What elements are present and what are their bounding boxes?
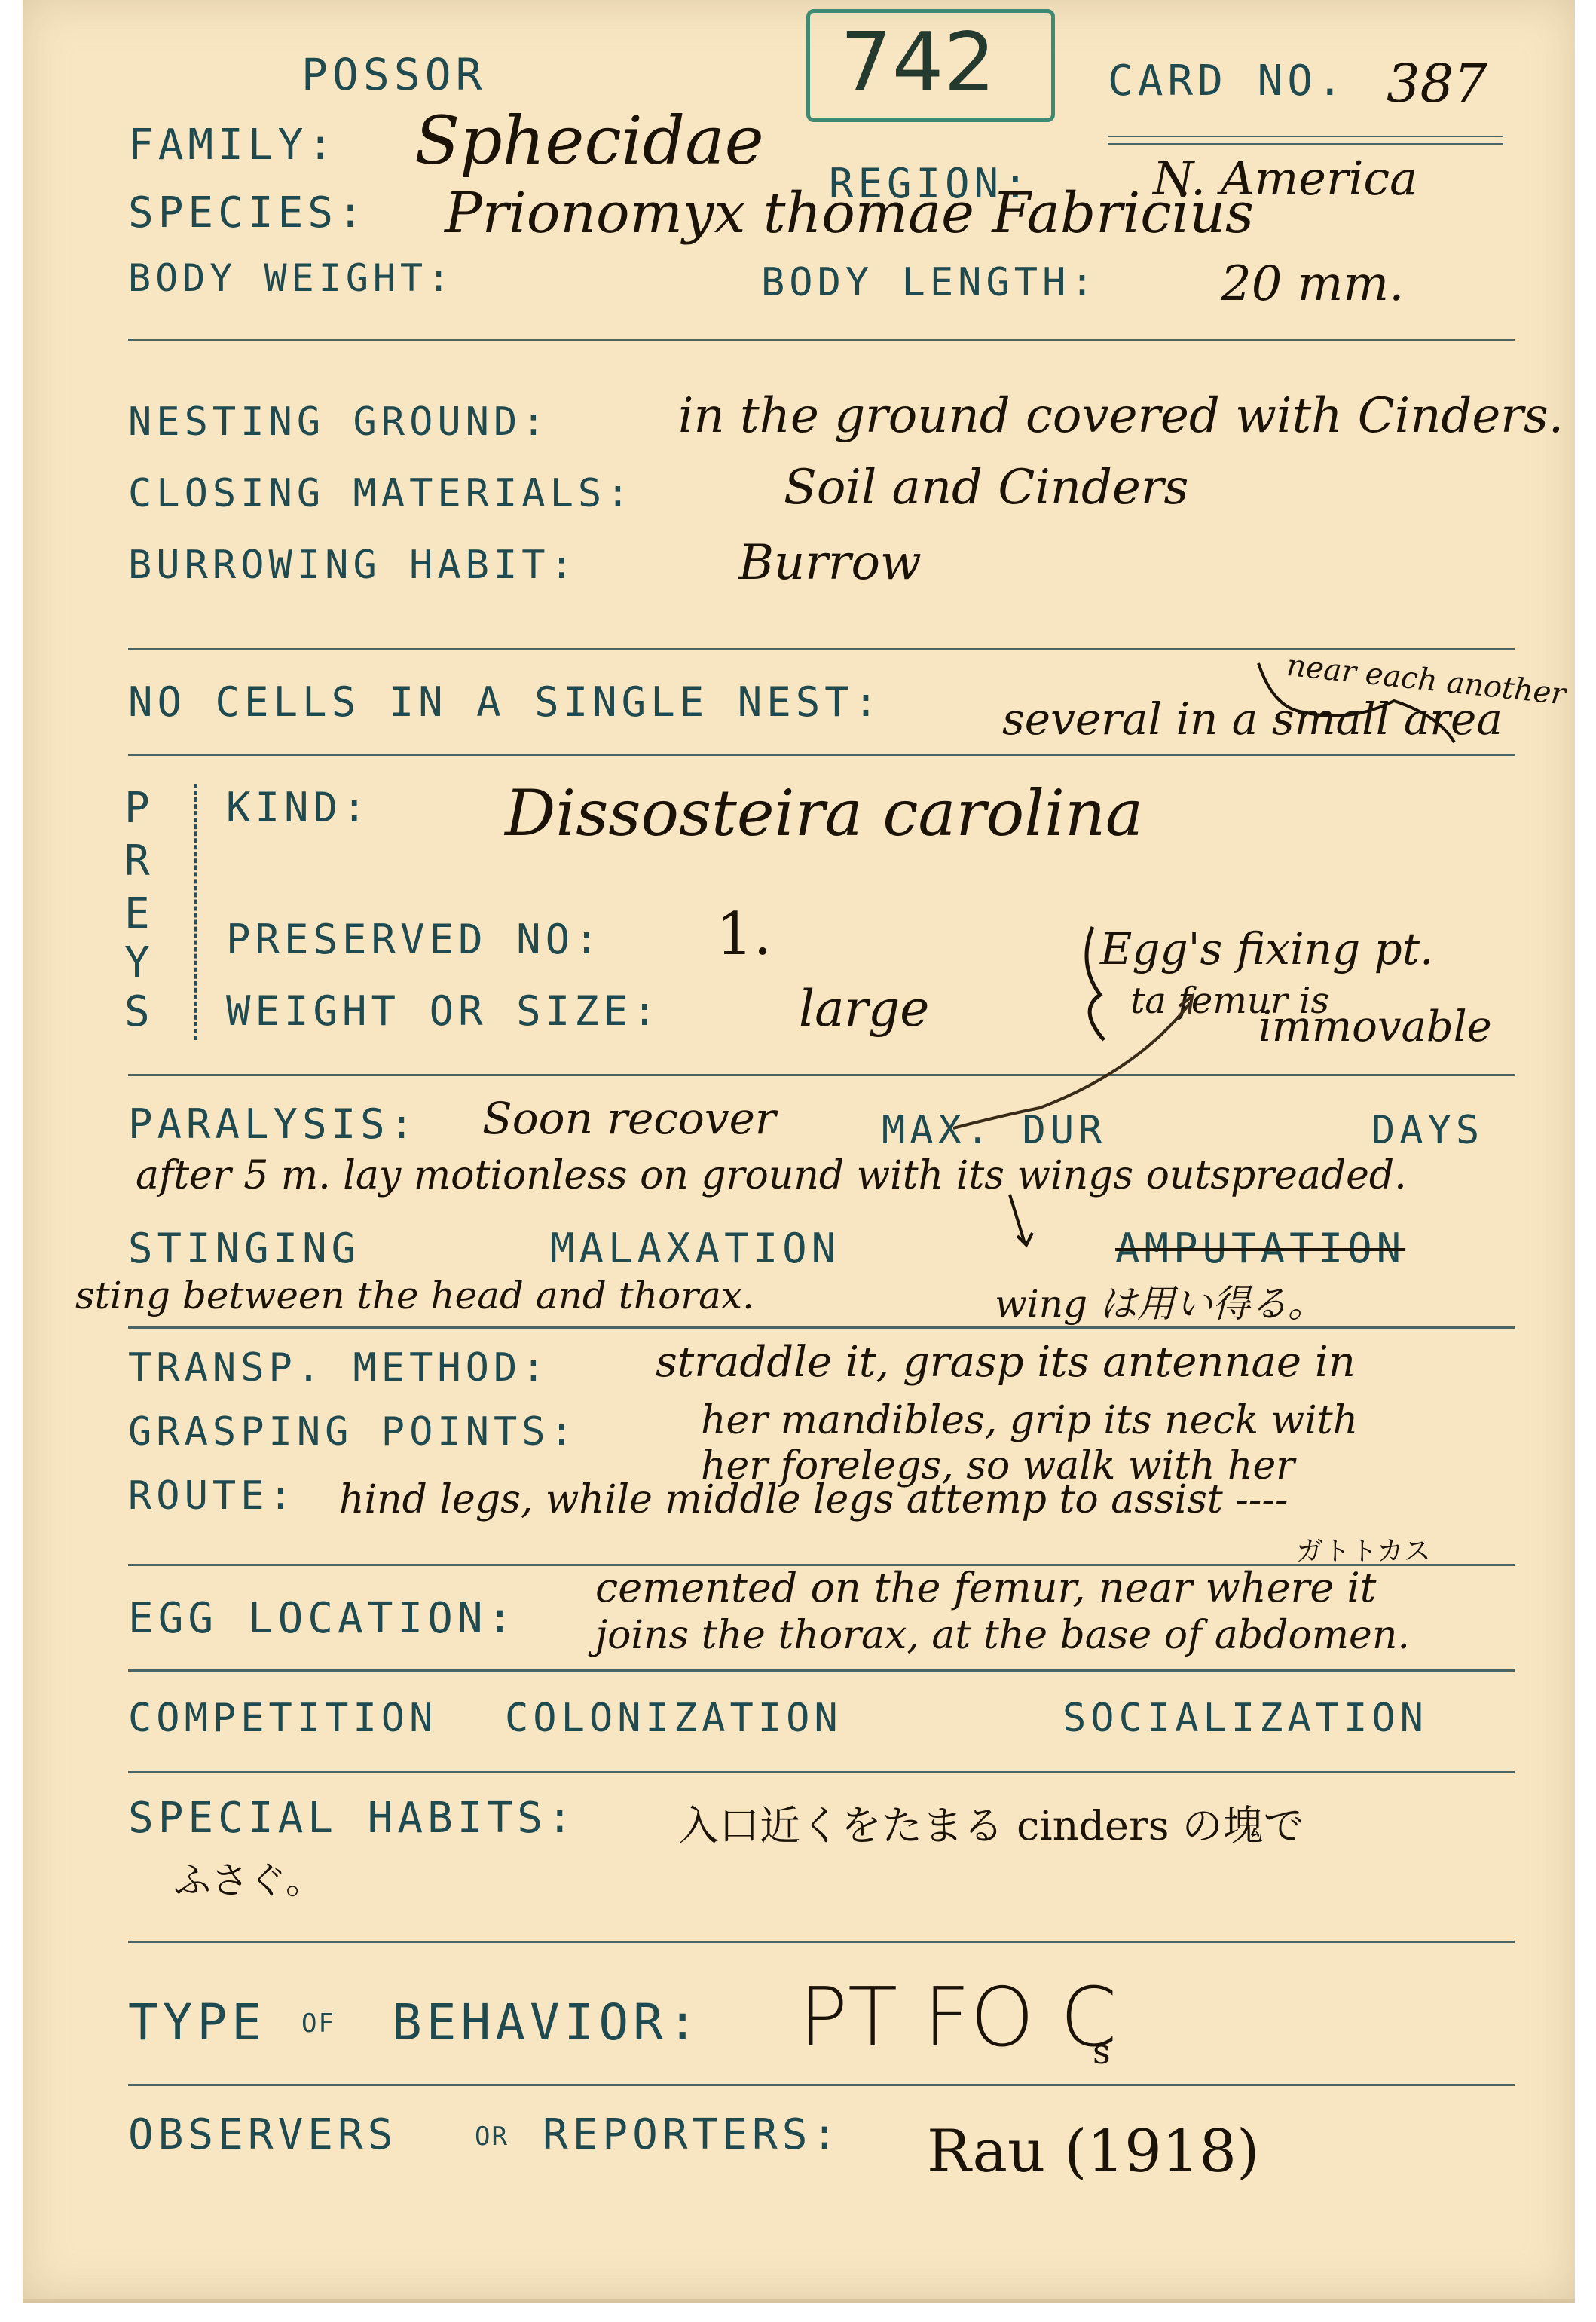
card-title: POSSOR — [301, 49, 487, 100]
family-label: FAMILY: — [128, 121, 338, 170]
burrowing-habit-label: BURROWING HABIT: — [128, 543, 578, 588]
prey-annotation-3: immovable — [1258, 1002, 1492, 1051]
paralysis-label: PARALYSIS: — [128, 1100, 418, 1148]
weight-size-value: large — [799, 980, 929, 1038]
amputation-label: AMPUTATION — [1115, 1225, 1405, 1272]
species-label: SPECIES: — [128, 188, 368, 237]
reporters-word: REPORTERS: — [543, 2110, 842, 2159]
rule-5 — [128, 1326, 1515, 1329]
or-word: OR — [475, 2122, 509, 2152]
type-label: TYPE — [128, 1993, 266, 2051]
weight-size-label: WEIGHT OR SIZE: — [226, 987, 662, 1035]
preys-letter: P — [124, 784, 154, 833]
amputation-note: wing は用い得る。 — [995, 1274, 1325, 1328]
transport-line-4: hind legs, while middle legs attemp to a… — [339, 1477, 1289, 1522]
preys-letter: S — [124, 987, 154, 1036]
prey-kind-value: Dissosteira carolina — [505, 776, 1143, 850]
nesting-ground-label: NESTING GROUND: — [128, 399, 550, 445]
observers-word: OBSERVERS — [128, 2110, 397, 2159]
egg-location-label: EGG LOCATION: — [128, 1594, 517, 1643]
competition-label: COMPETITION — [128, 1696, 437, 1741]
stamp-number: 742 — [840, 16, 995, 110]
preys-divider — [194, 784, 197, 1040]
specimen-card: POSSOR 742 CARD NO. 387 FAMILY: Sphecida… — [23, 0, 1575, 2303]
burrowing-habit-value: Burrow — [738, 535, 922, 591]
rule-1 — [128, 339, 1515, 341]
card-no-label: CARD NO. — [1108, 57, 1347, 106]
rule-8 — [128, 1771, 1515, 1773]
card-no-value: 387 — [1387, 53, 1487, 115]
preys-letter: Y — [124, 938, 154, 987]
body-length-value: 20 mm. — [1221, 256, 1405, 312]
closing-materials-value: Soil and Cinders — [784, 460, 1188, 515]
closing-materials-label: CLOSING MATERIALS: — [128, 471, 634, 516]
nesting-ground-value: in the ground covered with Cinders. — [678, 388, 1564, 444]
preys-letter: R — [124, 837, 154, 886]
special-habits-line-2: ふさぐ。 — [173, 1850, 323, 1904]
behavior-code: PT FO C — [799, 1971, 1117, 2065]
cells-value: several in a small area — [1002, 693, 1503, 745]
observers-value: Rau (1918) — [927, 2118, 1259, 2186]
prey-annotation-1: Egg's fixing pt. — [1100, 923, 1433, 974]
behavior-code-subscript: s — [1093, 2031, 1111, 2072]
egg-location-line-2: joins the thorax, at the base of abdomen… — [595, 1613, 1410, 1658]
paralysis-value: Soon recover — [482, 1093, 776, 1144]
rule-3 — [128, 754, 1515, 756]
colonization-label: COLONIZATION — [505, 1696, 842, 1741]
down-arrow-icon — [1010, 1195, 1032, 1245]
of-label: OF — [301, 2008, 335, 2039]
transp-method-label: TRANSP. METHOD: — [128, 1345, 550, 1390]
behavior-label: BEHAVIOR: — [392, 1993, 702, 2051]
malaxation-label: MALAXATION — [550, 1225, 840, 1272]
transport-line-1: straddle it, grasp its antennae in — [656, 1338, 1356, 1387]
rule-4 — [128, 1074, 1515, 1076]
route-label: ROUTE: — [128, 1473, 297, 1519]
rule-9 — [128, 1941, 1515, 1943]
family-value: Sphecidae — [414, 102, 764, 179]
grasping-points-label: GRASPING POINTS: — [128, 1409, 578, 1455]
rule-7 — [128, 1669, 1515, 1672]
annotation-strokes — [23, 0, 1575, 2299]
preys-letter: E — [124, 889, 154, 938]
prey-kind-label: KIND: — [226, 784, 371, 831]
preserved-value: 1. — [716, 901, 772, 968]
body-length-label: BODY LENGTH: — [761, 260, 1099, 305]
species-value: Prionomyx thomae Fabricius — [445, 181, 1254, 246]
stinging-note: sting between the head and thorax. — [75, 1274, 754, 1317]
transport-line-2: her mandibles, grip its neck with — [701, 1398, 1358, 1443]
egg-location-line-1: cemented on the femur, near where it — [595, 1564, 1377, 1611]
days-label: DAYS — [1371, 1108, 1484, 1153]
stamp-number-box: 742 — [806, 9, 1055, 122]
max-dur-label: MAX. DUR — [882, 1108, 1106, 1153]
rule-card-no-2 — [1108, 143, 1503, 145]
preserved-label: PRESERVED NO: — [226, 916, 604, 963]
cells-label: NO CELLS IN A SINGLE NEST: — [128, 678, 882, 726]
special-habits-line-1: 入口近くをたまる cinders の塊で — [678, 1794, 1304, 1852]
paralysis-note: after 5 m. lay motionless on ground with… — [136, 1153, 1407, 1198]
transport-japanese-note: ガトトカス — [1296, 1530, 1431, 1568]
rule-card-no-1 — [1108, 136, 1503, 137]
stinging-label: STINGING — [128, 1225, 360, 1272]
rule-10 — [128, 2084, 1515, 2086]
special-habits-label: SPECIAL HABITS: — [128, 1794, 577, 1843]
body-weight-label: BODY WEIGHT: — [128, 256, 454, 300]
socialization-label: SOCIALIZATION — [1062, 1696, 1428, 1741]
